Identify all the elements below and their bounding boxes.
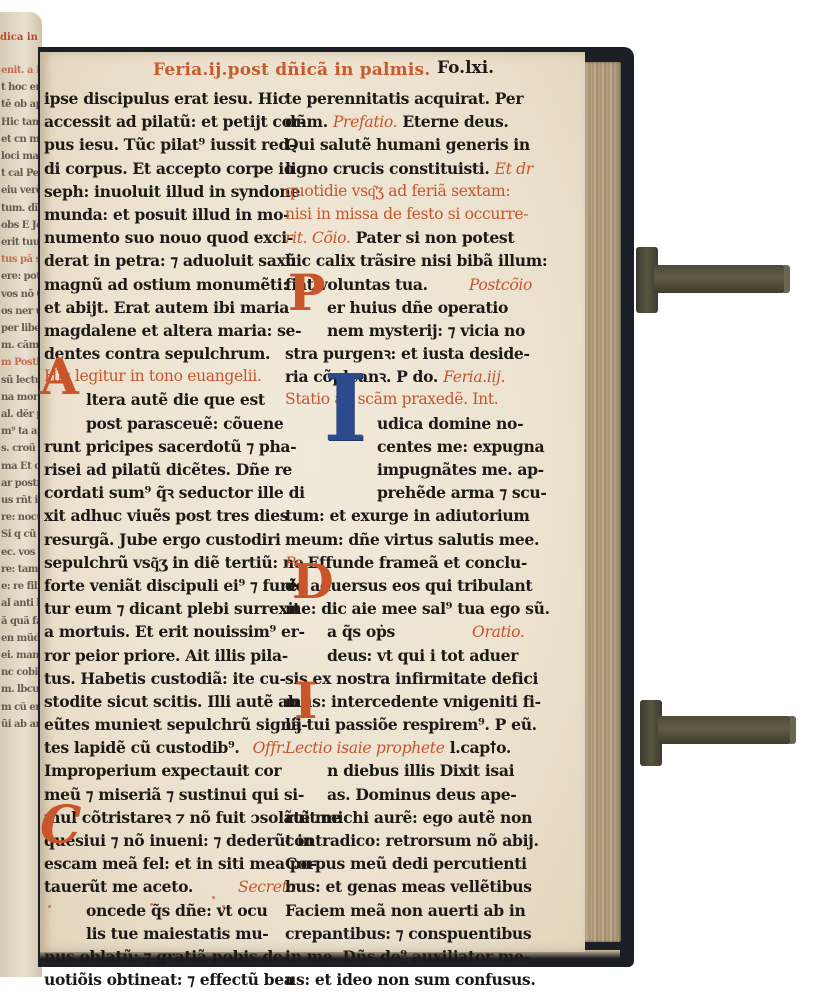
facing-line: re: tamuer <box>0 561 42 578</box>
secreta-text: oncede q̃s dñe: vt oculis tue maiestatis… <box>44 899 284 992</box>
line: tum: et exurge in adiutorium <box>285 504 547 527</box>
clasp-bar <box>658 716 792 744</box>
rubric-oratio: Oratio. <box>472 623 524 641</box>
facing-line: m⁹ ta aptu <box>0 423 42 440</box>
line: sepulchrũ vsq͂ʒ in diẽ tertiũ: ne <box>44 551 284 574</box>
gospel-continuation: ltera autẽ die que estpost parasceuẽ: cõ… <box>44 388 284 736</box>
line: di corpus. Et accepto corpe io <box>44 157 284 180</box>
facing-line: s. croũ ɋ <box>0 440 42 457</box>
facing-line: ã quã fatc <box>0 613 42 630</box>
lectio-line: Lectio isaie prophete l.capꝉo. <box>285 736 547 759</box>
line: magnũ ad ostium monumẽti: <box>44 273 284 296</box>
line: Faciem meã non auerti ab in <box>285 899 547 922</box>
line: ruit michi aurẽ: ego autẽ non <box>285 806 547 829</box>
oratio-line: a q̃s oṗs Oratio. <box>285 620 547 643</box>
line-text: Pater si non potest <box>356 228 515 247</box>
line: ipse discipulus erat iesu. Hic <box>44 87 284 110</box>
line: ltera autẽ die que est <box>44 388 284 411</box>
line: n diebus illis Dixit isai <box>285 759 547 782</box>
line: contradico: retrorsum nõ abij. <box>285 829 547 852</box>
line: crepantibus: ⁊ conspuentibus <box>285 922 547 945</box>
facing-line: nc cobi sa <box>0 664 42 681</box>
facing-line: et cn magn <box>0 131 42 148</box>
line: ror peior priore. Ait illis pila- <box>44 644 284 667</box>
right-column: te perennitatis acquirat. Per dñm. Prefa… <box>285 87 547 991</box>
rubric-feria: Feria.iij. <box>443 368 505 386</box>
line: tur eum ⁊ dicant plebi surrexit <box>44 597 284 620</box>
ink-spot <box>48 905 51 908</box>
facing-line: t hoc enim <box>0 79 42 96</box>
line: eũtes munieꝛt sepulchrũ signã- <box>44 713 284 736</box>
facing-line: tus pã spon <box>0 251 42 268</box>
facing-line: en mũdeli <box>0 630 42 647</box>
line: Corpus meũ dedi percutienti <box>285 852 547 875</box>
offertory-heading-line: tes lapidẽ cũ custodib⁹. Offr. <box>44 736 284 759</box>
facing-line: t cal Petrus <box>0 165 42 182</box>
facing-running-head: dica in palmis <box>0 32 42 43</box>
facing-line: al anti lo <box>0 595 42 612</box>
rubric-line: quotidie vsq͂ʒ ad feriã sextam: <box>285 180 547 203</box>
line: post parasceuẽ: cõuene <box>44 412 284 435</box>
line: lij tui passiõe respirem⁹. P eũ. <box>285 713 547 736</box>
facing-line: vos nõ Cerni <box>0 286 42 303</box>
folio-number: Fo.lxi. <box>437 58 494 78</box>
line: risei ad pilatũ dicẽtes. Dñe re <box>44 458 284 481</box>
facing-line: m. lbcu sp <box>0 681 42 698</box>
line-text: tauerũt me aceto. <box>44 877 193 896</box>
line: sis ex nostra infirmitate defici <box>285 667 547 690</box>
facing-line: m cũ erũ <box>0 699 42 716</box>
prefatio-line: dñm. Prefatio. Eterne deus. <box>285 110 547 133</box>
ink-spot <box>150 903 153 906</box>
line: in me. Dñs de⁹ auxiliator me- <box>285 945 547 968</box>
line: deus: vt qui i tot aduer <box>285 644 547 667</box>
initial-A: A <box>40 352 79 402</box>
initial-I-red: I <box>294 676 317 726</box>
line: uotiõis obtineat: ⁊ effectũ bea <box>44 968 284 991</box>
rubric-communio: rit. Cõio. <box>285 229 351 247</box>
line: cordati sum⁹ q̃ꝛ seductor ille di <box>44 481 284 504</box>
line: accessit ad pilatũ: et petijt cor- <box>44 110 284 133</box>
line-text: a q̃s oṗs <box>327 622 395 641</box>
facing-line: erit tuum cu <box>0 234 42 251</box>
line-text: l.capꝉo. <box>450 738 511 757</box>
rubric-et-dr: Et dr <box>495 160 533 178</box>
facing-line: sũ lectum <box>0 372 42 389</box>
facing-line: tẽ ob ap ad <box>0 96 42 113</box>
line: te perennitatis acquirat. Per <box>285 87 547 110</box>
clasp-tip <box>784 265 790 293</box>
line: et abijt. Erat autem ibi maria <box>44 296 284 319</box>
facing-line: ec. vos tan <box>0 544 42 561</box>
line: stodite sicut scitis. Illi autẽ ab <box>44 690 284 713</box>
initial-P: P <box>288 268 326 318</box>
rubric-postcommunio: Postcõio <box>469 276 532 294</box>
line-text: Effunde frameã et conclu- <box>307 553 526 572</box>
facing-line: ei. mana <box>0 647 42 664</box>
facing-line: os ner uide <box>0 303 42 320</box>
line: nus oblatũ: ⁊ gratiã nobis de- <box>44 945 284 968</box>
line: tus. Habetis custodiã: ite cu- <box>44 667 284 690</box>
clasp-bar <box>654 265 786 293</box>
facing-line: per liberãt <box>0 320 42 337</box>
facing-line: Si q cũ co <box>0 526 42 543</box>
line: runt pricipes sacerdotũ ⁊ pha- <box>44 435 284 458</box>
gospel-text: ipse discipulus erat iesu. Hicaccessit a… <box>44 87 284 365</box>
facing-line: us rñt in fa <box>0 492 42 509</box>
line: pus iesu. Tũc pilat⁹ iussit red- <box>44 133 284 156</box>
line: seph: inuoluit illud in syndone <box>44 180 284 203</box>
line: prehẽde arma ⁊ scu- <box>285 481 547 504</box>
line: derat in petra: ⁊ aduoluit saxũ <box>44 249 284 272</box>
line: Qui salutẽ humani generis in <box>285 133 547 156</box>
facing-line: ũi ab am <box>0 716 42 733</box>
facing-line: ere: potuit <box>0 268 42 285</box>
line: mus: intercedente vnigeniti fi- <box>285 690 547 713</box>
line: xit adhuc viuẽs post tres dies <box>44 504 284 527</box>
ink-spot <box>222 905 225 908</box>
facing-line: ar postrĩn <box>0 475 42 492</box>
facing-line: Hic tam no <box>0 114 42 131</box>
clasp-tip <box>790 716 796 744</box>
rubric-gospel-tone: Hic legitur in tono euangelii. <box>44 365 284 388</box>
facing-line: na morsisq <box>0 389 42 406</box>
initial-I-blue: I <box>300 362 390 454</box>
ink-spot <box>212 896 215 899</box>
facing-line: e: re filios <box>0 578 42 595</box>
line: dentes contra sepulchrum. <box>44 342 284 365</box>
line: nem mysterij: ⁊ vicia no <box>285 319 547 342</box>
line: us: et ideo non sum confusus. <box>285 968 547 991</box>
line: as. Dominus deus ape- <box>285 783 547 806</box>
line: bus: et genas meas vellẽtibus <box>285 875 547 898</box>
facing-line: ma Et conu <box>0 458 42 475</box>
communion-line: rit. Cõio. Pater si non potest <box>285 226 547 249</box>
line: forte veniãt discipuli ei⁹ ⁊ furẽ- <box>44 574 284 597</box>
line: numento suo nouo quod exci- <box>44 226 284 249</box>
facing-page: dica in palmis enit. a Iut hoc enimtẽ ob… <box>0 12 42 977</box>
rubric-offertory: Offr. <box>253 739 286 757</box>
facing-line: eiu verẽdi <box>0 182 42 199</box>
line-text: Eterne deus. <box>402 112 508 131</box>
line: oncede q̃s dñe: vt ocu <box>44 899 284 922</box>
initial-C: C <box>40 800 81 852</box>
facing-line: m. cãmãuit <box>0 337 42 354</box>
rubric-line: nisi in missa de festo si occurre- <box>285 203 547 226</box>
line: resurgã. Jube ergo custodiri <box>44 528 284 551</box>
facing-line: obs E Jeu <box>0 217 42 234</box>
line: munda: et posuit illud in mo- <box>44 203 284 226</box>
facing-line: al. dẽr potu <box>0 406 42 423</box>
line: magdalene et altera maria: se- <box>44 319 284 342</box>
rubric-prefatio: Prefatio. <box>333 113 397 131</box>
line-text: dñm. <box>285 112 328 131</box>
running-head: Feria.ij.post dñicã in palmis. <box>153 60 430 80</box>
facing-line: tum. dĩc Sim <box>0 200 42 217</box>
facing-text: enit. a Iut hoc enimtẽ ob ap adHic tam n… <box>0 62 42 733</box>
facing-line: enit. a Iu <box>0 62 42 79</box>
rubric-lectio: Lectio isaie prophete <box>285 739 445 757</box>
line: ligno crucis constituisti. Et dr <box>285 157 547 180</box>
line: lis tue maiestatis mu- <box>44 922 284 945</box>
line: a mortuis. Et erit nouissim⁹ er- <box>44 620 284 643</box>
line-text: ligno crucis constituisti. <box>285 159 489 178</box>
facing-line: re: nocũ m <box>0 509 42 526</box>
secreta-heading-line: tauerũt me aceto. Secreta. <box>44 875 284 898</box>
initial-D: D <box>292 558 334 606</box>
facing-line: m Postbeãu <box>0 354 42 371</box>
line: Improperium expectauit cor <box>44 759 284 782</box>
line: meum: dñe virtus salutis mee. <box>285 528 547 551</box>
facing-line: loci magisr <box>0 148 42 165</box>
line-text: tes lapidẽ cũ custodib⁹. <box>44 738 240 757</box>
